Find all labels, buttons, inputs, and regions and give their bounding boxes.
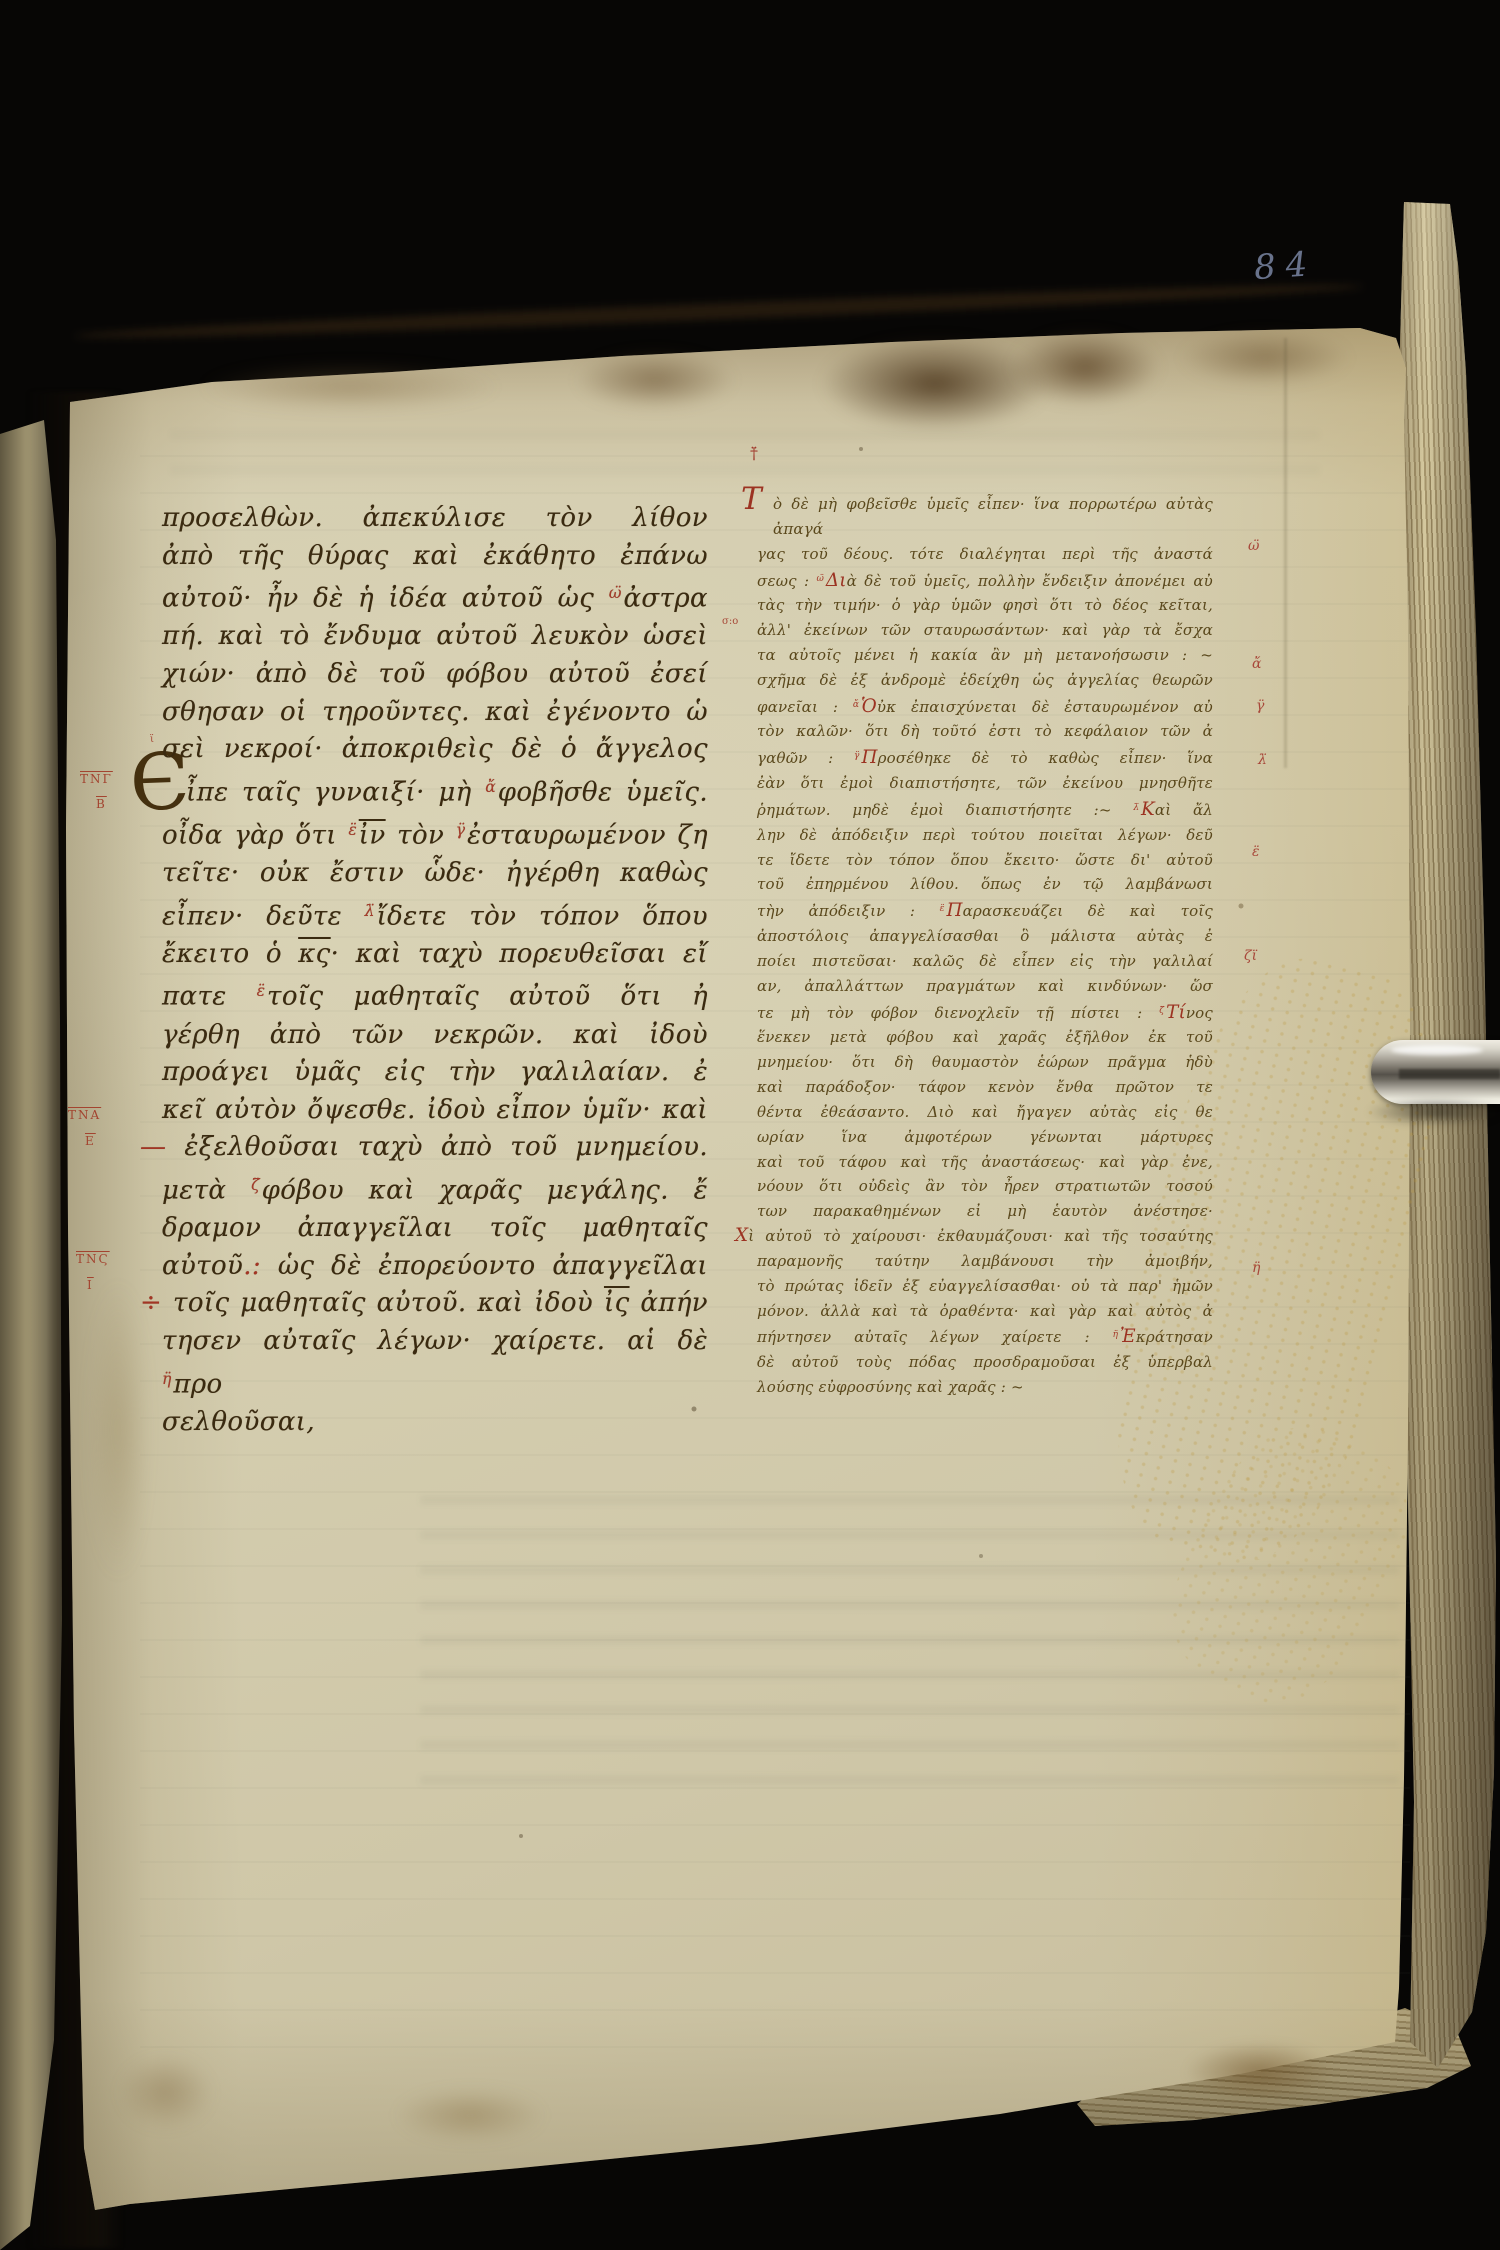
red-initial: Π (946, 900, 962, 921)
text-segment: ὸ δὲ μὴ φοβεῖσθε ὑμεῖς εἶπεν· ἵνα πορρωτ… (773, 495, 1213, 538)
clip-glare (1391, 1045, 1483, 1055)
red-initial: Π (861, 747, 877, 768)
text-line: Χὶ αὐτοῦ τὸ χαίρουσι· ἐκθαυμάζουσι· καὶ … (757, 1224, 1213, 1249)
text-segment: εἶπεν· δεῦτε (162, 901, 365, 931)
text-line: καὶ τοῦ τάφου καὶ τῆς ἀναστάσεως· καὶ γὰ… (757, 1150, 1213, 1175)
page-crease (1284, 338, 1287, 768)
text-segment: ὰ δὲ τοῦ ὑμεῖς, πολλὴν ἔνδειξιν ἀπονέμει… (847, 571, 1213, 589)
red-initial: Κ (1141, 799, 1155, 820)
margin-ref-eta: η̈ (1252, 1260, 1260, 1276)
text-line: δὲ αὐτοῦ τοὺς πόδας προσδραμοῦσαι ἐξ ὑπε… (757, 1350, 1213, 1375)
red-ref-mark: ε̈ (257, 982, 265, 1000)
text-segment: φόβου καὶ χαρᾶς μεγάλης. ἔ (262, 1176, 708, 1206)
text-line: τα αὐτοῖς μένει ἡ κακία ἂν μὴ μετανοήσωσ… (757, 643, 1213, 668)
text-segment: κράτησαν (1136, 1328, 1213, 1346)
text-segment: δὲ αὐτοῦ τοὺς πόδας προσδραμοῦσαι ἐξ ὑπε… (757, 1353, 1213, 1371)
text-segment: πατε (162, 982, 257, 1012)
text-segment: ποίει πιστεῦσαι· καλῶς δὲ εἶπεν εἰς τὴν … (757, 952, 1213, 970)
text-segment: κεῖ αὐτὸν ὄψεσθε. ἰδοὺ εἶπον ὑμῖν· καὶ (162, 1095, 708, 1125)
text-segment: τὸν (386, 820, 456, 850)
burn-mark (200, 362, 500, 412)
text-segment: κς (298, 939, 330, 969)
text-line: τοῦ ἐπηρμένου λίθου. ὅπως ἐν τῷ λαμβάνωσ… (757, 872, 1213, 897)
text-segment: σεως : (757, 571, 817, 589)
text-line: τὰς τὴν τιμήν· ὁ γὰρ ὑμῶν φησὶ ὅτι τὸ δέ… (757, 593, 1213, 618)
text-line: τεῖτε· οὐκ ἔστιν ὧδε· ἠγέρθη καθὼς (162, 855, 708, 893)
red-ref-mark: ω̈ (609, 584, 622, 602)
text-segment: ἰν (359, 820, 386, 850)
text-segment: σελθοῦσαι, (162, 1407, 315, 1437)
text-line: τὸ πρώτας ἰδεῖν ἐξ εὐαγγελίσασθαι· οὐ τὰ… (757, 1274, 1213, 1299)
text-line: γέρθη ἀπὸ τῶν νεκρῶν. καὶ ἰδοὺ (162, 1017, 708, 1055)
text-segment: προάγει ὑμᾶς εἰς τὴν γαλιλαίαν. ἐ (162, 1057, 708, 1087)
text-segment: τὰς τὴν τιμήν· ὁ γὰρ ὑμῶν φησὶ ὅτι τὸ δέ… (757, 596, 1213, 614)
text-segment: ἕνεκεν μετὰ φόβου καὶ χαρᾶς ἐξῆλθον ἐκ τ… (757, 1028, 1213, 1046)
dust-specks (0, 0, 2, 2)
red-ref-mark: ε̈ (940, 904, 945, 914)
text-line: ἔκειτο ὁ κς· καὶ ταχὺ πορευθεῖσαι εἴ (162, 936, 708, 974)
text-segment: ἀπὸ τῆς θύρας καὶ ἐκάθητο ἐπάνω (162, 541, 708, 571)
clip-shadow (1366, 1098, 1500, 1126)
text-segment: ωρίαν ἵνα ἀμφοτέρων γένωνται μάρτυρες (757, 1128, 1213, 1146)
text-segment: σχῆμα δὲ ἐξ ἀνδρομὲ ἐδείχθη ὡς ἀγγελίας … (757, 671, 1213, 689)
text-line: οἶδα γὰρ ὅτι ε̈ἰν τὸν γ̈ἐσταυρωμένον ζη (162, 812, 708, 855)
text-line: ἐὰν ὅτι ἐμοὶ διαπιστήσητε, τῶν ἐκείνου μ… (757, 771, 1213, 796)
red-siglum: σ:ο (722, 616, 738, 627)
red-ref-mark: ϊ (150, 734, 154, 745)
text-segment: φανεῖαι : (757, 698, 853, 716)
text-segment: προ (173, 1369, 222, 1399)
text-segment: ÷ (140, 1288, 173, 1318)
text-segment: τεῖτε· οὐκ ἔστιν ὧδε· ἠγέρθη καθὼς (162, 858, 708, 888)
eusebian-canon-label: Ε (85, 1134, 96, 1148)
text-segment: οἶδα γὰρ ὅτι (162, 820, 348, 850)
text-line: τησεν αὐταῖς λέγων· χαίρετε. αἱ δὲ η̈προ (162, 1323, 708, 1404)
text-line: σεὶ νεκροί· ἀποκριθεὶς δὲ ὁ ἄγγελος (162, 731, 708, 769)
text-line: σθησαν οἱ τηροῦντες. καὶ ἐγένοντο ὡ (162, 694, 708, 732)
text-line: προσελθὼν. ἀπεκύλισε τὸν λίθον (162, 500, 708, 538)
red-ref-mark: ε̈ (348, 821, 356, 839)
text-line: ἀλλ' ἐκείνων τῶν σταυρωσάντων· καὶ γὰρ τ… (757, 618, 1213, 643)
text-segment: ἀλλ' ἐκείνων τῶν σταυρωσάντων· καὶ γὰρ τ… (757, 621, 1213, 639)
text-line: μετὰ ζ̈φόβου καὶ χαρᾶς μεγάλης. ἔ (162, 1167, 708, 1210)
text-segment: ἀποστόλοις ἀπαγγελίσασθαι ὃ μάλιστα αὐτὰ… (757, 927, 1213, 945)
text-segment: ἐξελθοῦσαι ταχὺ ἀπὸ τοῦ μνημείου. (184, 1132, 708, 1162)
text-segment: των παρακαθημένων εἰ μὴ ἑαυτὸν ἀνέστησε· (757, 1202, 1213, 1220)
text-line: των παρακαθημένων εἰ μὴ ἑαυτὸν ἀνέστησε· (757, 1199, 1213, 1224)
text-line: ῥημάτων. μηδὲ ἐμοὶ διαπιστήσητε :~ λ̈Καὶ… (757, 796, 1213, 823)
text-line: ÷ τοῖς μαθηταῖς αὐτοῦ. καὶ ἰδοὺ ἰς ἀπήν (162, 1285, 708, 1323)
text-segment: πή. καὶ τὸ ἔνδυμα αὐτοῦ λευκὸν ὡσεὶ (162, 621, 708, 651)
text-segment: νος (1186, 1004, 1213, 1022)
text-line: λούσης εὐφροσύνης καὶ χαρᾶς : ~ (757, 1375, 1213, 1400)
text-segment: τὴν ἀπόδειξιν : (757, 902, 940, 920)
text-segment: αρασκευάζει δὲ καὶ τοῖς (963, 902, 1213, 920)
red-ref-mark: ἄ (485, 778, 496, 796)
text-line: δραμον ἀπαγγεῖλαι τοῖς μαθηταῖς (162, 1210, 708, 1248)
text-line: γας τοῦ δέους. τότε διαλέγηται περὶ τῆς … (757, 542, 1213, 567)
stain (88, 1280, 148, 1580)
clip-core-band (1399, 1069, 1500, 1079)
text-segment: μόνον. ἀλλὰ καὶ τὰ ὁραθέντα· καὶ γὰρ καὶ… (757, 1302, 1213, 1320)
text-line: θέντα ἐθεάσαντο. Διὸ καὶ ἤγαγεν αὐτὰς εἰ… (757, 1100, 1213, 1125)
red-initial: Ὁ (861, 696, 877, 717)
text-line: σχῆμα δὲ ἐξ ἀνδρομὲ ἐδείχθη ὡς ἀγγελίας … (757, 668, 1213, 693)
text-line: λην δὲ ἀπόδειξιν περὶ τούτου ποιεῖται λέ… (757, 823, 1213, 848)
text-segment: λην δὲ ἀπόδειξιν περὶ τούτου ποιεῖται λέ… (757, 826, 1213, 844)
eusebian-canon-label: Ι (87, 1278, 94, 1292)
text-segment: μετὰ (162, 1176, 251, 1206)
text-line: κεῖ αὐτὸν ὄψεσθε. ἰδοὺ εἶπον ὑμῖν· καὶ (162, 1092, 708, 1130)
text-segment: ἀπήν (630, 1288, 708, 1318)
text-line: ωρίαν ἵνα ἀμφοτέρων γένωνται μάρτυρες (757, 1125, 1213, 1150)
text-segment: ἔκειτο ὁ (162, 939, 298, 969)
text-line: πατε ε̈τοῖς μαθηταῖς αὐτοῦ ὅτι ἠ (162, 973, 708, 1016)
text-segment: τοῖς μαθηταῖς αὐτοῦ ὅτι ἠ (267, 982, 708, 1012)
eusebian-section-label: ΤΝΓ (80, 772, 113, 786)
text-segment: ὐκ ἐπαισχύνεται δὲ ἐσταυρωμένον αὐ (877, 698, 1213, 716)
text-segment: τὸν καλῶν· ὅτι δὴ τοῦτό ἐστι τὸ κεφάλαιο… (757, 722, 1213, 740)
text-segment: τοῦ ἐπηρμένου λίθου. ὅπως ἐν τῷ λαμβάνωσ… (757, 875, 1213, 893)
text-segment: — (140, 1132, 184, 1162)
red-ref-mark: γ̈ (854, 751, 859, 761)
text-segment: ῥημάτων. μηδὲ ἐμοὶ διαπιστήσητε :~ (757, 801, 1133, 819)
text-segment: αὐτοῦ· ἦν δὲ ἡ ἰδέα αὐτοῦ ὡς (162, 584, 609, 614)
text-segment: παραμονῆς ταύτην λαμβάνουσι τὴν ἀμοιβήν, (757, 1252, 1213, 1270)
page-holder-clip (1371, 1040, 1500, 1104)
stain (395, 2088, 545, 2143)
red-ref-mark: λ̈ (1133, 803, 1139, 813)
text-segment: · καὶ ταχὺ πορευθεῖσαι εἴ (331, 939, 708, 969)
text-segment: ἰς (604, 1288, 630, 1318)
gospel-column: προσελθὼν. ἀπεκύλισε τὸν λίθονἀπὸ τῆς θύ… (162, 500, 708, 1441)
text-segment: ὶ αὐτοῦ τὸ χαίρουσι· ἐκθαυμάζουσι· καὶ τ… (748, 1227, 1213, 1245)
text-segment: γέρθη ἀπὸ τῶν νεκρῶν. καὶ ἰδοὺ (162, 1020, 708, 1050)
margin-ref-omega: ω̈ (1248, 538, 1259, 554)
eusebian-section-label: ΤΝϚ (76, 1252, 110, 1266)
text-line: εἶπεν· δεῦτε λ̈ἴδετε τὸν τόπον ὅπου (162, 893, 708, 936)
stain (1185, 2042, 1335, 2102)
text-segment: γαθῶν : (757, 749, 854, 767)
text-segment: θέντα ἐθεάσαντο. Διὸ καὶ ἤγαγεν αὐτὰς εἰ… (757, 1103, 1213, 1121)
text-segment: καὶ τοῦ τάφου καὶ τῆς ἀναστάσεως· καὶ γὰ… (757, 1153, 1213, 1171)
red-initial: Ἐ (1120, 1326, 1136, 1347)
text-segment: τοῖς μαθηταῖς αὐτοῦ. καὶ ἰδοὺ (173, 1288, 604, 1318)
eusebian-canon-label: Β (96, 797, 107, 811)
text-segment: χιών· ἀπὸ δὲ τοῦ φόβου αὐτοῦ ἐσεί (162, 659, 708, 689)
text-line: ὸ δὲ μὴ φοβεῖσθε ὑμεῖς εἶπεν· ἵνα πορρωτ… (757, 492, 1213, 542)
red-initial: Δι (826, 569, 847, 590)
text-segment: ἐὰν ὅτι ἐμοὶ διαπιστήσητε, τῶν ἐκείνου μ… (757, 774, 1213, 792)
text-line: τὴν ἀπόδειξιν : ε̈Παρασκευάζει δὲ καὶ το… (757, 897, 1213, 924)
red-initial: Τί (1166, 1002, 1186, 1023)
text-line: ποίει πιστεῦσαι· καλῶς δὲ εἶπεν εἰς τὴν … (757, 949, 1213, 974)
text-line: τε ἴδετε τὸν τόπον ὅπου ἔκειτο· ὥστε δι'… (757, 848, 1213, 873)
red-ref-mark: ζ̈ (251, 1176, 259, 1194)
margin-ref-gamma: γ̈ (1256, 698, 1264, 714)
text-segment: πήντησεν αὐταῖς λέγων χαίρετε : (757, 1328, 1113, 1346)
burn-mark (820, 336, 1050, 431)
text-segment: .: (243, 1251, 261, 1281)
text-segment: ροσέθηκε δὲ τὸ καθὼς εἶπεν· ἵνα (878, 749, 1213, 767)
commentary-column: ὸ δὲ μὴ φοβεῖσθε ὑμεῖς εἶπεν· ἵνα πορρωτ… (757, 492, 1213, 1400)
text-segment: φοβῆσθε ὑμεῖς. (498, 777, 708, 807)
text-segment: ἶπε ταῖς γυναιξί· μὴ (186, 777, 485, 807)
text-line: γαθῶν : γ̈Προσέθηκε δὲ τὸ καθὼς εἶπεν· ἵ… (757, 744, 1213, 771)
text-segment: καὶ παράδοξον· τάφον κενὸν ἔνθα πρῶτον τ… (757, 1078, 1213, 1096)
text-line: τε μὴ τὸν φόβον διενοχλεῖν τῇ πίστει : ζ… (757, 999, 1213, 1026)
text-segment: ὡς δὲ ἐπορεύοντο ἀπαγγεῖλαι (261, 1251, 708, 1281)
text-segment: ἴδετε τὸν τόπον ὅπου (377, 901, 708, 931)
text-segment: νόουν ὅτι οὐδεὶς ἂν τὸν ἦρεν στρατιωτῶν … (757, 1177, 1213, 1195)
red-ref-mark: η̈ (162, 1370, 171, 1388)
burn-mark (1180, 330, 1350, 385)
red-initial: Χ (735, 1225, 748, 1246)
burn-mark (575, 350, 735, 410)
text-line: νόουν ὅτι οὐδεὶς ἂν τὸν ἦρεν στρατιωτῶν … (757, 1174, 1213, 1199)
red-ref-mark: ἄ (853, 700, 859, 710)
red-cross-mark: †̈ (750, 444, 758, 463)
text-line: — ἐξελθοῦσαι ταχὺ ἀπὸ τοῦ μνημείου. (162, 1129, 708, 1167)
text-segment: τὸ πρώτας ἰδεῖν ἐξ εὐαγγελίσασθαι· οὐ τὰ… (757, 1277, 1213, 1295)
text-segment: ἐσταυρωμένον ζη (467, 820, 708, 850)
text-line: πή. καὶ τὸ ἔνδυμα αὐτοῦ λευκὸν ὡσεὶ (162, 618, 708, 656)
margin-ref-alpha: ἄ (1252, 656, 1261, 672)
manuscript-photo: 84 Є Τ προσελθὼν. ἀπεκύλισε τὸν λίθονἀπὸ… (0, 0, 1500, 2250)
text-segment: μνημείου· ὅτι δὴ θαυμαστὸν ἑώρων πρᾶγμα … (757, 1053, 1213, 1071)
text-segment: λούσης εὐφροσύνης καὶ χαρᾶς : ~ (757, 1378, 1024, 1396)
text-line: αὐτοῦ· ἦν δὲ ἡ ἰδέα αὐτοῦ ὡς ω̈ἀστρα (162, 575, 708, 618)
text-segment: τησεν αὐταῖς λέγων· χαίρετε. αἱ δὲ (162, 1326, 708, 1356)
text-segment: αὶ ἄλ (1155, 801, 1213, 819)
stain (118, 2055, 213, 2130)
text-line: φανεῖαι : ἄὉὐκ ἐπαισχύνεται δὲ ἐσταυρωμέ… (757, 693, 1213, 720)
burn-mark (1010, 330, 1160, 405)
text-line: σεως : ω̈Διὰ δὲ τοῦ ὑμεῖς, πολλὴν ἔνδειξ… (757, 567, 1213, 594)
text-segment: σθησαν οἱ τηροῦντες. καὶ ἐγένοντο ὡ (162, 697, 708, 727)
text-line: τὸν καλῶν· ὅτι δὴ τοῦτό ἐστι τὸ κεφάλαιο… (757, 719, 1213, 744)
text-segment: τα αὐτοῖς μένει ἡ κακία ἂν μὴ μετανοήσωσ… (757, 646, 1213, 664)
margin-ref-zeta: ζϊ (1244, 948, 1257, 964)
text-segment: αν, ἀπαλλάττων πραγμάτων καὶ κινδύνων· ὥ… (757, 977, 1213, 995)
red-ref-mark: η̈ (1113, 1330, 1118, 1340)
text-line: μνημείου· ὅτι δὴ θαυμαστὸν ἑώρων πρᾶγμα … (757, 1050, 1213, 1075)
text-segment: ἀστρα (623, 584, 708, 614)
red-ref-mark: γ̈ (456, 821, 465, 839)
text-line: καὶ παράδοξον· τάφον κενὸν ἔνθα πρῶτον τ… (757, 1075, 1213, 1100)
text-segment: προσελθὼν. ἀπεκύλισε τὸν λίθον (162, 503, 708, 533)
text-segment: αὐτοῦ (162, 1251, 243, 1281)
text-line: χιών· ἀπὸ δὲ τοῦ φόβου αὐτοῦ ἐσεί (162, 656, 708, 694)
text-line: ἶπε ταῖς γυναιξί· μὴ ἄφοβῆσθε ὑμεῖς. (162, 769, 708, 812)
text-line: προάγει ὑμᾶς εἰς τὴν γαλιλαίαν. ἐ (162, 1054, 708, 1092)
text-line: πήντησεν αὐταῖς λέγων χαίρετε : η̈Ἐκράτη… (757, 1323, 1213, 1350)
text-line: ἀποστόλοις ἀπαγγελίσασθαι ὃ μάλιστα αὐτὰ… (757, 924, 1213, 949)
text-segment: γας τοῦ δέους. τότε διαλέγηται περὶ τῆς … (757, 545, 1213, 563)
text-line: ἀπὸ τῆς θύρας καὶ ἐκάθητο ἐπάνω (162, 538, 708, 576)
text-line: ἕνεκεν μετὰ φόβου καὶ χαρᾶς ἐξῆλθον ἐκ τ… (757, 1025, 1213, 1050)
text-line: παραμονῆς ταύτην λαμβάνουσι τὴν ἀμοιβήν, (757, 1249, 1213, 1274)
text-line: αν, ἀπαλλάττων πραγμάτων καὶ κινδύνων· ὥ… (757, 974, 1213, 999)
margin-ref-epsilon: ε̈ (1252, 844, 1260, 860)
text-segment: τε μὴ τὸν φόβον διενοχλεῖν τῇ πίστει : (757, 1004, 1159, 1022)
red-ref-mark: ζ̈ (1159, 1006, 1164, 1016)
text-segment: δραμον ἀπαγγεῖλαι τοῖς μαθηταῖς (162, 1213, 708, 1243)
margin-ref-lambda: λ̈ (1258, 752, 1267, 768)
eusebian-section-label: ΤΝΑ (68, 1108, 101, 1122)
red-ref-mark: λ̈ (365, 902, 375, 920)
text-line: σελθοῦσαι, (162, 1404, 708, 1442)
text-line: αὐτοῦ.: ὡς δὲ ἐπορεύοντο ἀπαγγεῖλαι (162, 1248, 708, 1286)
red-ref-mark: ω̈ (817, 574, 824, 584)
text-segment: σεὶ νεκροί· ἀποκριθεὶς δὲ ὁ ἄγγελος (162, 734, 708, 764)
text-segment: τε ἴδετε τὸν τόπον ὅπου ἔκειτο· ὥστε δι'… (757, 851, 1213, 869)
folio-number: 84 (1253, 244, 1319, 288)
text-line: μόνον. ἀλλὰ καὶ τὰ ὁραθέντα· καὶ γὰρ καὶ… (757, 1299, 1213, 1324)
